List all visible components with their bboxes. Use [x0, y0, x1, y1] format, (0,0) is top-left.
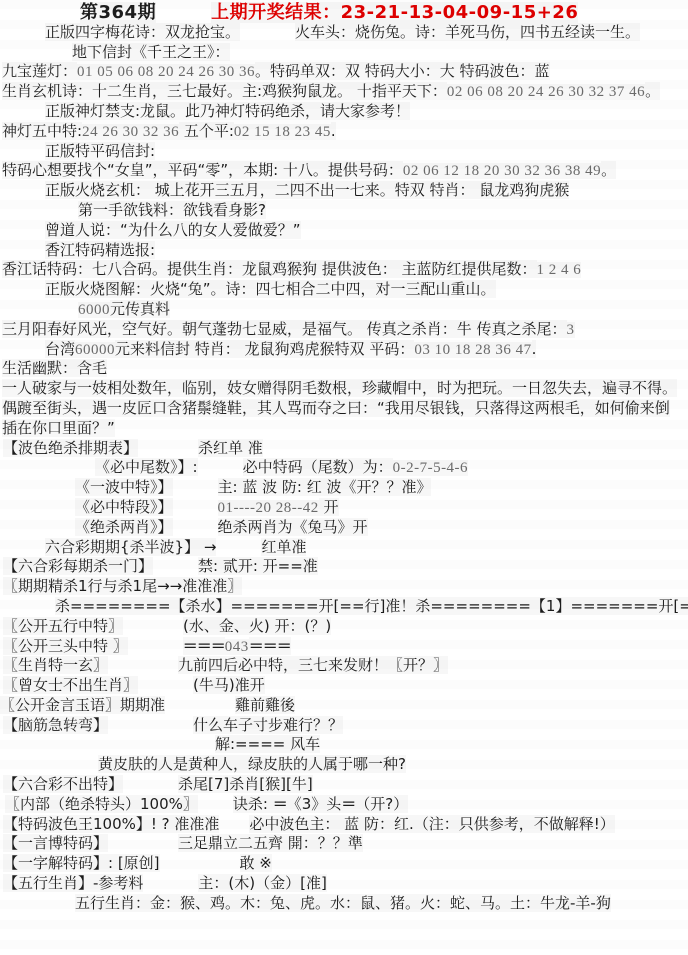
text-segment: 九宝莲灯： [2, 62, 77, 80]
text-segment: 台湾 [45, 340, 75, 358]
text-segment: （开?） [355, 795, 408, 813]
text-line: 〖公开金言玉语〗期期准雞前雞後 [0, 696, 688, 716]
text-line: 插在你口里面？” [0, 419, 688, 439]
text-segment: 043 [225, 639, 249, 655]
text-line: 〖期期精杀1行与杀1尾→→准准准〗 [0, 577, 688, 597]
text-line: 〖公开五行中特〗(水、金、火) 开：(？) [0, 617, 688, 637]
text-segment: 黄皮肤的人是黄种人，绿皮肤的人属于哪一种? [98, 755, 406, 773]
text-line: 神灯五中特:24 26 30 32 36 五个平:02 15 18 23 45. [0, 122, 688, 142]
text-segment: 〖内部（绝杀特头）100%〗 [5, 795, 198, 813]
text-segment: 三足鼎立二五齊 開：？？準 [178, 834, 363, 852]
text-line: 〖曾女士不出生肖〗(牛马)准开 [0, 676, 688, 696]
text-segment: 60000 [75, 342, 115, 358]
text-line: 偶踱至街头，遇一皮匠口含猪鬃缝鞋，其人骂而夺之曰：“我用尽银钱，只落得这两根毛，… [0, 399, 688, 419]
text-segment: 正版火烧玄机： 城上花开三五月，二四不出一七来。特双 特肖： 鼠龙鸡狗虎猴 [45, 181, 569, 199]
text-segment: ＝ [273, 795, 287, 813]
text-segment: 三月阳春好风光，空气好。朝气蓬勃七显威，是福气。 传真之杀肖：牛 传真之杀尾： [2, 320, 567, 338]
text-line: 台湾60000元来料信封 特肖： 龙鼠狗鸡虎猴特双 平码：03 10 18 28… [0, 340, 688, 360]
text-line: 香江话特码：七八合码。提供生肖：龙鼠鸡猴狗 提供波色： 主蓝防红提供尾数：1 2… [0, 260, 688, 280]
text-segment: 正版火烧图解：火烧“兔”。诗：四七相合二中四，对一三配山重山。 [45, 280, 496, 298]
text-line: 【特码波色王100%】! ? 准准准必中波色主： 蓝 防：红.（注：只供参考，不… [0, 815, 688, 835]
text-segment: 一人破家与一妓相处数年，临别，妓女赠得阴毛数根，珍藏帽中，时为把玩。一日忽失去，… [2, 379, 677, 397]
text-segment: 01 05 06 08 20 24 26 30 36 [77, 64, 255, 80]
text-segment: 正版神灯禁支:龙鼠。此乃神灯特码绝杀，请大家参考！ [45, 102, 410, 120]
text-line: 生活幽默：含毛 [0, 359, 688, 379]
text-line: 正版火烧玄机： 城上花开三五月，二四不出一七来。特双 特肖： 鼠龙鸡狗虎猴 [0, 181, 688, 201]
text-segment: 主: 蓝 波 防: 红 波《开？？准》 [218, 478, 432, 496]
text-segment: 必中特码（尾数）为： [243, 458, 393, 476]
text-line: 特码心想要找个“女皇”，平码“零”，本期: 十八。提供号码：02 06 12 1… [0, 161, 688, 181]
text-segment: 杀红单 准 [198, 439, 263, 457]
text-segment: 敢 ※ [240, 854, 272, 872]
text-segment: 〖公开三头中特 〗 [3, 637, 128, 655]
text-segment: 〖期期精杀1行与杀1尾→→准准准〗 [3, 577, 242, 595]
text-segment: 开 [319, 498, 339, 516]
text-segment: 杀尾[7]杀肖[猴][牛] [178, 775, 313, 793]
text-line: 正版四字梅花诗：双龙抢宝。火车头：烧伤兔。诗：羊死马伤，四书五经读一生。 [0, 23, 688, 43]
text-segment: 【特码波色王100%】! ? 准准准 [3, 815, 219, 833]
text-segment: ＝＝＝ [249, 637, 291, 655]
text-segment: 禁: 贰开: 开==准 [198, 557, 318, 575]
text-line: 正版特平码信封: [0, 142, 688, 162]
text-segment: 香江话特码：七八合码。提供生肖：龙鼠鸡猴狗 提供波色： 主蓝防红提供尾数： [2, 260, 537, 278]
text-segment: 《一波中特》】 [75, 478, 173, 496]
text-line: 正版神灯禁支:龙鼠。此乃神灯特码绝杀，请大家参考！ [0, 102, 688, 122]
text-segment: 02 15 18 23 45 [234, 124, 331, 140]
text-line: 一人破家与一妓相处数年，临别，妓女赠得阴毛数根，珍藏帽中，时为把玩。一日忽失去，… [0, 379, 688, 399]
text-segment: 生活幽默：含毛 [2, 359, 107, 377]
text-line: 三月阳春好风光，空气好。朝气蓬勃七显威，是福气。 传真之杀肖：牛 传真之杀尾：3 [0, 320, 688, 340]
text-segment: 五个平: [179, 122, 234, 140]
text-segment: 正版四字梅花诗：双龙抢宝。 [45, 23, 240, 41]
text-line: 〖公开三头中特 〗＝＝＝043＝＝＝ [0, 637, 688, 657]
text-segment: 什么车子寸步难行？？ [193, 716, 343, 734]
text-segment: 神灯五中特: [2, 122, 82, 140]
text-line: 〖内部（绝杀特头）100%〗诀杀: ＝《3》头＝（开?） [0, 795, 688, 815]
text-segment: 02 06 08 20 24 26 30 32 37 46 [447, 84, 645, 100]
text-line: 第一手欲钱料：欲钱看身影? [0, 201, 688, 221]
text-line: 杀========【杀水】=======开[==行]准！杀========【1】… [0, 597, 688, 617]
text-segment: 《必中特段》】 [75, 498, 173, 516]
period-title: 第364期 [80, 2, 156, 23]
text-segment: 必中波色主： 蓝 防：红.（注：只供参考，不做解释!） [249, 815, 614, 833]
text-line: 黄皮肤的人是黄种人，绿皮肤的人属于哪一种? [0, 755, 688, 775]
text-segment: . [331, 122, 336, 140]
text-segment: 【一字解特码】: [原创] [3, 854, 160, 872]
text-line: 五行生肖：金：猴、鸡。木：兔、虎。水：鼠、猪。火：蛇、马。土：牛龙-羊-狗 [0, 894, 688, 914]
text-segment: 。 [601, 161, 616, 179]
text-segment: 〖公开五行中特〗 [3, 617, 123, 635]
last-draw-result: 上期开奖结果：23-21-13-04-09-15+26 [211, 2, 578, 23]
text-segment: 曾道人说：“为什么八的女人爱做爱？” [45, 221, 301, 239]
text-segment: 解:==== 风车 [215, 735, 320, 753]
text-line: 地下信封《千王之王》： [0, 43, 688, 63]
text-segment: 主：(木)（金）[准] [198, 874, 326, 892]
text-segment: 01----20 28--42 [218, 500, 319, 516]
text-segment: 火车头：烧伤兔。诗：羊死马伤，四书五经读一生。 [295, 23, 640, 41]
text-segment: 0-2-7-5-4-6 [393, 460, 468, 476]
text-segment: 【五行生肖】-参考料 [3, 874, 143, 892]
text-segment: 偶踱至街头，遇一皮匠口含猪鬃缝鞋，其人骂而夺之曰：“我用尽银钱，只落得这两根毛，… [2, 399, 670, 417]
text-segment: 雞前雞後 [235, 696, 295, 714]
text-segment: 插在你口里面？” [2, 419, 115, 437]
text-segment: 五行生肖：金：猴、鸡。木：兔、虎。水：鼠、猪。火：蛇、马。土：牛龙-羊-狗 [75, 894, 611, 912]
text-line: 【脑筋急转弯】什么车子寸步难行？？ [0, 716, 688, 736]
text-segment: 第一手欲钱料：欲钱看身影? [78, 201, 266, 219]
text-line: 【波色绝杀排期表】杀红单 准 [0, 439, 688, 459]
text-segment: 杀========【杀水】=======开[==行]准！杀========【1】… [55, 597, 688, 615]
text-segment: 〖曾女士不出生肖〗 [3, 676, 138, 694]
text-line: 第364期上期开奖结果：23-21-13-04-09-15+26 [0, 3, 688, 23]
text-line: 正版火烧图解：火烧“兔”。诗：四七相合二中四，对一三配山重山。 [0, 280, 688, 300]
text-line: 生肖玄机诗：十二生肖，三七最好。主:鸡猴狗鼠龙。 十指平天下：02 06 08 … [0, 82, 688, 102]
text-segment: 。 [645, 82, 660, 100]
text-segment: (水、金、火) 开：(？) [183, 617, 331, 635]
text-segment: 元传真料 [110, 300, 170, 318]
text-segment: 24 26 30 32 36 [82, 124, 179, 140]
text-segment: (牛马)准开 [193, 676, 265, 694]
text-line: 九宝莲灯：01 05 06 08 20 24 26 30 36。特码单双：双 特… [0, 62, 688, 82]
text-segment: 香江特码精选报: [45, 241, 155, 259]
text-segment: 【波色绝杀排期表】 [3, 439, 138, 457]
text-segment: ＝ [341, 795, 355, 813]
text-segment: 。特码单双：双 特码大小：大 特码波色：蓝 [255, 62, 550, 80]
text-segment: 1 2 4 6 [537, 262, 582, 278]
text-segment: 生肖玄机诗：十二生肖，三七最好。主:鸡猴狗鼠龙。 十指平天下： [2, 82, 447, 100]
text-line: 6000元传真料 [0, 300, 688, 320]
text-segment: 【脑筋急转弯】 [3, 716, 108, 734]
text-segment: 诀杀: [233, 795, 273, 813]
text-segment: 〖生肖特一玄〗 [3, 656, 108, 674]
text-segment: 〖公开金言玉语〗期期准 [0, 696, 165, 714]
text-line: 《绝杀两肖》】绝杀两肖为《兔马》开 [0, 518, 688, 538]
text-segment: 九前四后必中特，三七来发财！〖开？〗 [178, 656, 448, 674]
text-line: 【一字解特码】: [原创]敢 ※ [0, 854, 688, 874]
text-segment: 《3》头 [287, 795, 342, 813]
text-line: 解:==== 风车 [0, 735, 688, 755]
text-segment: ＝＝＝ [183, 637, 225, 655]
text-segment: 6000 [78, 302, 110, 318]
text-line: 香江特码精选报: [0, 241, 688, 261]
text-segment: 02 06 12 18 20 30 32 36 38 49 [403, 163, 601, 179]
text-segment: 正版特平码信封: [45, 142, 155, 160]
text-line: 曾道人说：“为什么八的女人爱做爱？” [0, 221, 688, 241]
text-segment: 绝杀两肖为《兔马》开 [218, 518, 368, 536]
text-line: 〖生肖特一玄〗九前四后必中特，三七来发财！〖开？〗 [0, 656, 688, 676]
text-line: 【六合彩每期杀一门】禁: 贰开: 开==准 [0, 557, 688, 577]
text-line: 【一言博特码】三足鼎立二五齊 開：？？準 [0, 834, 688, 854]
text-segment: 《必中尾数》】: [95, 458, 198, 476]
text-line: 【六合彩不出特】杀尾[7]杀肖[猴][牛] [0, 775, 688, 795]
text-line: 《一波中特》】主: 蓝 波 防: 红 波《开？？准》 [0, 478, 688, 498]
text-segment: 《绝杀两肖》】 [75, 518, 173, 536]
text-segment: 地下信封《千王之王》： [72, 43, 230, 61]
text-segment: 03 10 18 28 36 47 [414, 342, 531, 358]
text-segment: 【六合彩每期杀一门】 [3, 557, 153, 575]
text-line: 【五行生肖】-参考料主：(木)（金）[准] [0, 874, 688, 894]
text-segment: . [532, 340, 537, 358]
text-segment: 红单准 [261, 538, 306, 556]
text-segment: 六合彩期期{杀半波}】 → [45, 538, 216, 556]
text-line: 《必中尾数》】:必中特码（尾数）为：0-2-7-5-4-6 [0, 458, 688, 478]
text-segment: 3 [567, 322, 575, 338]
text-segment: 特码心想要找个“女皇”，平码“零”，本期: 十八。提供号码： [2, 161, 403, 179]
text-segment: 【一言博特码】 [3, 834, 108, 852]
text-segment: 【六合彩不出特】 [3, 775, 123, 793]
text-segment: 元来料信封 特肖： 龙鼠狗鸡虎猴特双 平码： [115, 340, 414, 358]
text-line: 六合彩期期{杀半波}】 →红单准 [0, 538, 688, 558]
lottery-tip-sheet: 第364期上期开奖结果：23-21-13-04-09-15+26正版四字梅花诗：… [0, 0, 688, 955]
text-line: 《必中特段》】01----20 28--42 开 [0, 498, 688, 518]
